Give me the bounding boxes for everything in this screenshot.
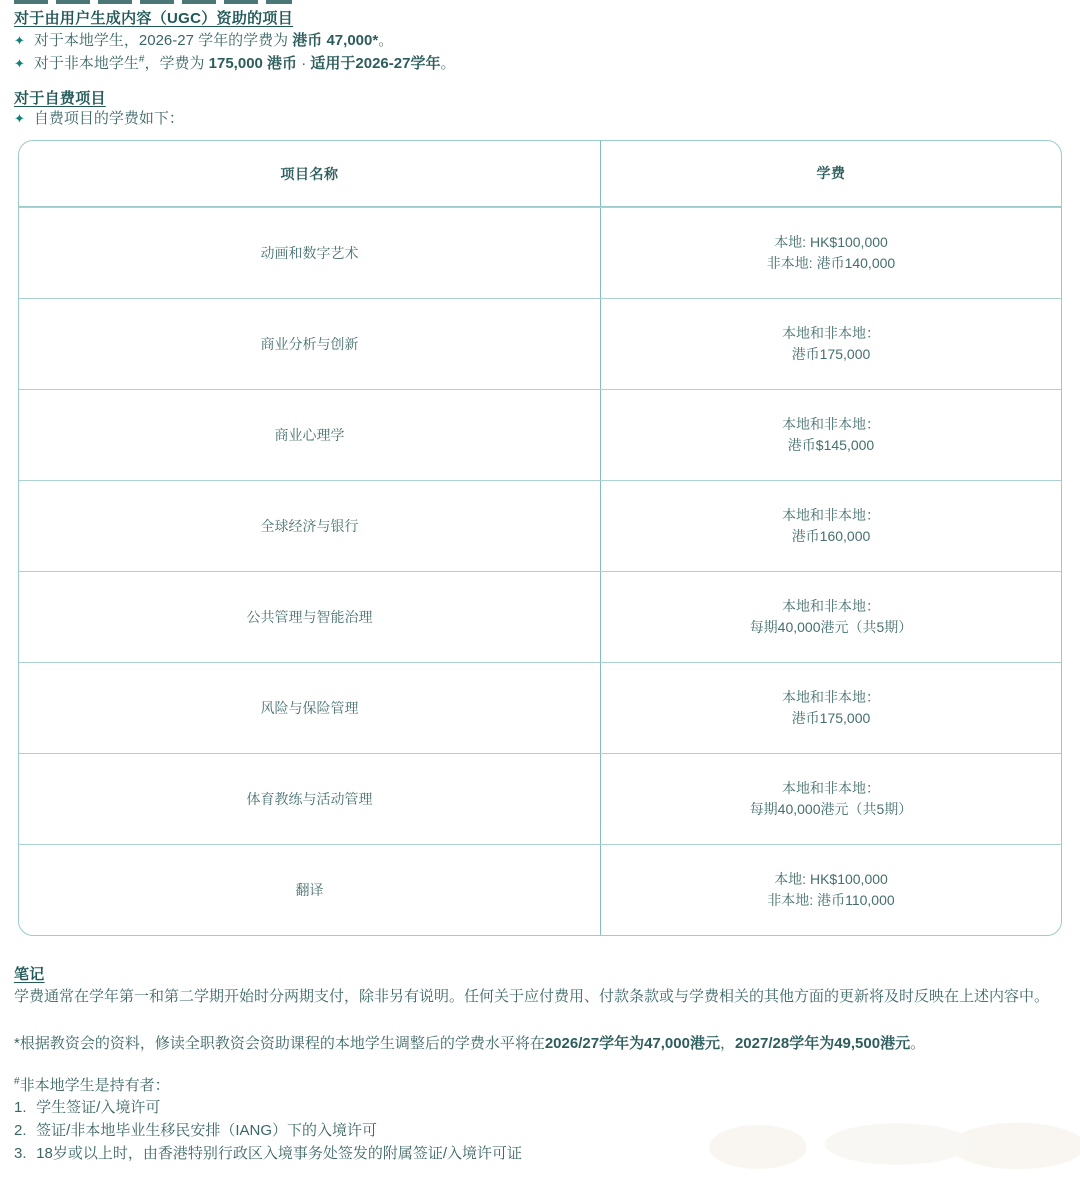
program-name-cell: 动画和数字艺术 — [19, 208, 601, 298]
bullet-text: 自费项目的学费如下： — [34, 109, 184, 129]
fee-line: 港币160,000 — [792, 526, 871, 547]
fee-cell: 本地和非本地： 港币$145,000 — [601, 390, 1061, 480]
list-number: 3. — [14, 1144, 32, 1164]
fee-line: 本地和非本地： — [782, 687, 880, 708]
fee-cell: 本地和非本地： 每期40,000港元（共5期） — [601, 754, 1061, 844]
fee-line: 本地和非本地： — [782, 596, 880, 617]
bullet-self-funded-fees: ✦ 自费项目的学费如下： — [14, 109, 184, 129]
heading-notes: 笔记 — [14, 963, 45, 984]
list-item-dependant-visa: 3. 18岁或以上时，由香港特别行政区入境事务处签发的附属签证/入境许可证 — [14, 1144, 522, 1164]
heading-self-funded-programmes: 对于自费项目 — [14, 87, 106, 108]
program-name-cell: 全球经济与银行 — [19, 481, 601, 571]
program-name-cell: 公共管理与智能治理 — [19, 572, 601, 662]
fee-cell: 本地和非本地： 每期40,000港元（共5期） — [601, 572, 1061, 662]
fee-cell: 本地: HK$100,000 非本地: 港币140,000 — [601, 208, 1061, 298]
list-item-iang-visa: 2. 签证/非本地毕业生移民安排（IANG）下的入境许可 — [14, 1121, 377, 1141]
fee-line: 港币175,000 — [792, 344, 871, 365]
fee-cell: 本地和非本地： 港币175,000 — [601, 663, 1061, 753]
list-item-text: 18岁或以上时，由香港特别行政区入境事务处签发的附属签证/入境许可证 — [36, 1145, 522, 1162]
faint-watermark — [688, 1102, 1080, 1184]
fee-line: 港币$145,000 — [788, 435, 874, 456]
table-row-public-admin-smart-governance: 公共管理与智能治理 本地和非本地： 每期40,000港元（共5期） — [19, 571, 1061, 662]
list-number: 1. — [14, 1098, 32, 1118]
table-row-global-economics-banking: 全球经济与银行 本地和非本地： 港币160,000 — [19, 480, 1061, 571]
program-name-cell: 体育教练与活动管理 — [19, 754, 601, 844]
table-row-business-analytics: 商业分析与创新 本地和非本地： 港币175,000 — [19, 298, 1061, 389]
program-name-cell: 商业分析与创新 — [19, 299, 601, 389]
fee-cell: 本地和非本地： 港币160,000 — [601, 481, 1061, 571]
star-bullet-icon: ✦ — [14, 54, 25, 74]
list-item-student-visa: 1. 学生签证/入境许可 — [14, 1098, 160, 1118]
fee-cell: 本地和非本地： 港币175,000 — [601, 299, 1061, 389]
fee-line: 本地和非本地： — [782, 414, 880, 435]
fee-line: 本地: HK$100,000 — [774, 869, 888, 890]
column-header-tuition: 学费 — [601, 141, 1061, 206]
fee-line: 非本地: 港币140,000 — [767, 253, 895, 274]
fee-line: 本地和非本地： — [782, 778, 880, 799]
table-row-business-psychology: 商业心理学 本地和非本地： 港币$145,000 — [19, 389, 1061, 480]
table-header-row: 项目名称 学费 — [19, 141, 1061, 207]
fee-cell: 本地: HK$100,000 非本地: 港币110,000 — [601, 845, 1061, 935]
list-item-text: 签证/非本地毕业生移民安排（IANG）下的入境许可 — [36, 1122, 377, 1139]
program-name-cell: 风险与保险管理 — [19, 663, 601, 753]
hash-footnote: #非本地学生是持有者： — [14, 1076, 170, 1096]
fee-line: 港币175,000 — [792, 708, 871, 729]
column-header-program-name: 项目名称 — [19, 141, 601, 206]
heading-ugc-funded-programmes: 对于由用户生成内容（UGC）资助的项目 — [14, 7, 293, 28]
table-row-animation-digital-arts: 动画和数字艺术 本地: HK$100,000 非本地: 港币140,000 — [19, 207, 1061, 298]
bullet-nonlocal-students: ✦ 对于非本地学生#，学费为 175,000 港币 · 适用于2026-27学年… — [14, 54, 455, 74]
fee-line: 本地和非本地： — [782, 323, 880, 344]
fee-line: 每期40,000港元（共5期） — [750, 799, 913, 820]
bullet-text: 对于本地学生，2026-27 学年的学费为 港币 47,000*。 — [34, 31, 393, 51]
star-bullet-icon: ✦ — [14, 31, 25, 51]
program-name-cell: 翻译 — [19, 845, 601, 935]
notes-paragraph: 学费通常在学年第一和第二学期开始时分两期支付，除非另有说明。任何关于应付费用、付… — [14, 986, 1072, 1007]
bullet-local-students: ✦ 对于本地学生，2026-27 学年的学费为 港币 47,000*。 — [14, 31, 393, 51]
fee-line: 本地: HK$100,000 — [774, 232, 888, 253]
tuition-fee-table: 项目名称 学费 动画和数字艺术 本地: HK$100,000 非本地: 港币14… — [18, 140, 1062, 936]
star-bullet-icon: ✦ — [14, 109, 25, 129]
fee-line: 本地和非本地： — [782, 505, 880, 526]
program-name-cell: 商业心理学 — [19, 390, 601, 480]
table-row-sports-coaching-events: 体育教练与活动管理 本地和非本地： 每期40,000港元（共5期） — [19, 753, 1061, 844]
bullet-text: 对于非本地学生#，学费为 175,000 港币 · 适用于2026-27学年。 — [34, 54, 456, 74]
cropped-text-fragment — [14, 0, 292, 4]
list-number: 2. — [14, 1121, 32, 1141]
table-row-translation: 翻译 本地: HK$100,000 非本地: 港币110,000 — [19, 844, 1061, 935]
table-row-risk-insurance-management: 风险与保险管理 本地和非本地： 港币175,000 — [19, 662, 1061, 753]
star-footnote: *根据教资会的资料，修读全职教资会资助课程的本地学生调整后的学费水平将在2026… — [14, 1033, 1072, 1054]
fee-line: 非本地: 港币110,000 — [767, 890, 894, 911]
tuition-fees-page: 对于由用户生成内容（UGC）资助的项目 ✦ 对于本地学生，2026-27 学年的… — [0, 0, 1080, 1185]
list-item-text: 学生签证/入境许可 — [36, 1099, 160, 1116]
fee-line: 每期40,000港元（共5期） — [750, 617, 913, 638]
